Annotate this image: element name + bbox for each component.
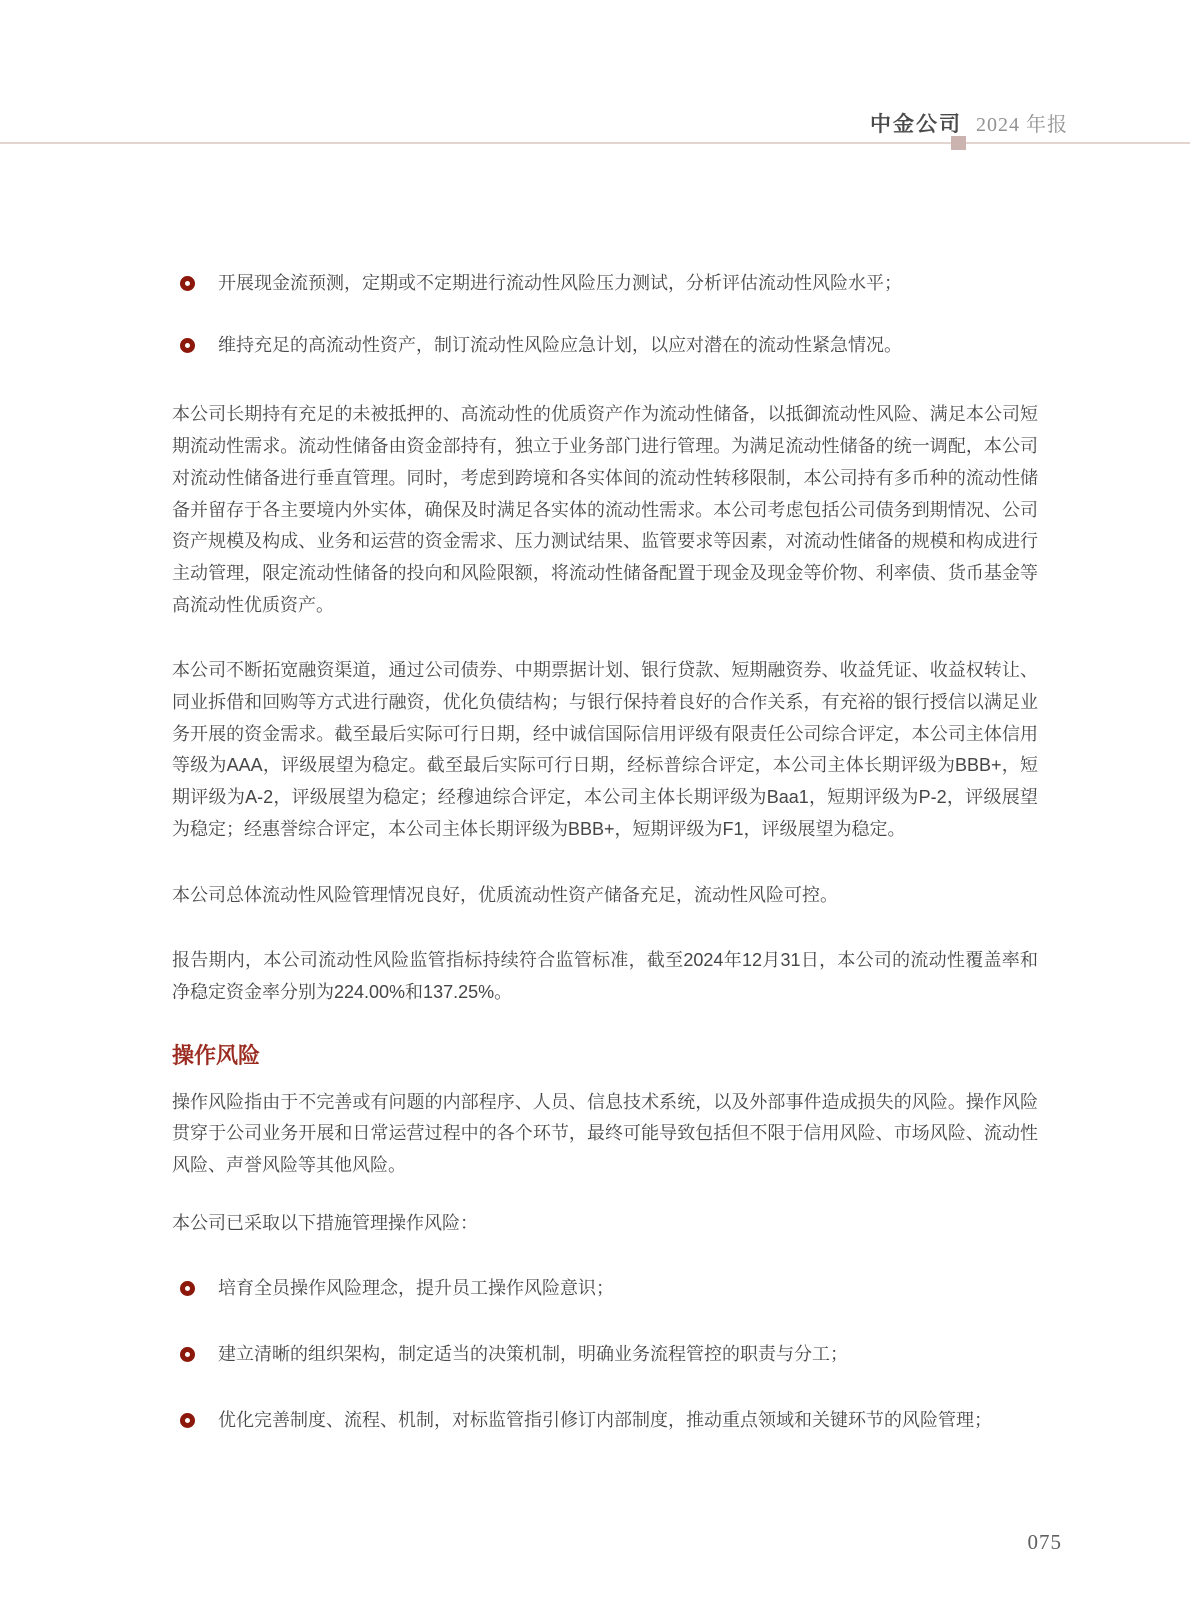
report-page: 中金公司2024 年报 开展现金流预测，定期或不定期进行流动性风险压力测试，分析…: [0, 0, 1190, 1615]
company-name: 中金公司: [870, 112, 962, 136]
bullet-ring-icon: [180, 338, 195, 353]
paragraph-financing-ratings: 本公司不断拓宽融资渠道，通过公司债券、中期票据计划、银行贷款、短期融资券、收益凭…: [172, 655, 1038, 845]
section-heading-operational-risk: 操作风险: [172, 1041, 1038, 1071]
list-item: 培育全员操作风险理念，提升员工操作风险意识；: [172, 1273, 1038, 1305]
bullet-ring-icon: [180, 276, 195, 291]
paragraph-liquidity-reserve: 本公司长期持有充足的未被抵押的、高流动性的优质资产作为流动性储备，以抵御流动性风…: [172, 399, 1038, 621]
bullet-text: 优化完善制度、流程、机制，对标监管指引修订内部制度，推动重点领域和关键环节的风险…: [218, 1405, 1038, 1437]
header-rule-square-marker: [951, 136, 966, 150]
bullet-text: 开展现金流预测，定期或不定期进行流动性风险压力测试，分析评估流动性风险水平；: [218, 268, 1038, 300]
report-edition: 2024 年报: [976, 114, 1068, 136]
bullet-text: 维持充足的高流动性资产，制订流动性风险应急计划，以应对潜在的流动性紧急情况。: [218, 330, 1038, 362]
paragraph-operational-risk-definition: 操作风险指由于不完善或有问题的内部程序、人员、信息技术系统，以及外部事件造成损失…: [172, 1087, 1038, 1182]
running-header: 中金公司2024 年报: [870, 108, 1068, 138]
header-rule-line: [0, 142, 1190, 144]
bullet-text: 培育全员操作风险理念，提升员工操作风险意识；: [218, 1273, 1038, 1305]
paragraph-liquidity-overall: 本公司总体流动性风险管理情况良好，优质流动性资产储备充足，流动性风险可控。: [172, 880, 1038, 912]
main-text-column: 开展现金流预测，定期或不定期进行流动性风险压力测试，分析评估流动性风险水平； 维…: [172, 268, 1038, 1467]
list-item: 优化完善制度、流程、机制，对标监管指引修订内部制度，推动重点领域和关键环节的风险…: [172, 1405, 1038, 1437]
paragraph-measures-lead: 本公司已采取以下措施管理操作风险：: [172, 1208, 1038, 1240]
list-item: 维持充足的高流动性资产，制订流动性风险应急计划，以应对潜在的流动性紧急情况。: [172, 330, 1038, 362]
bullet-ring-icon: [180, 1281, 195, 1296]
page-number: 075: [1028, 1530, 1063, 1555]
bullet-ring-icon: [180, 1413, 195, 1428]
bullet-text: 建立清晰的组织架构，制定适当的决策机制，明确业务流程管控的职责与分工；: [218, 1339, 1038, 1371]
bullet-ring-icon: [180, 1347, 195, 1362]
paragraph-liquidity-metrics: 报告期内，本公司流动性风险监管指标持续符合监管标准，截至2024年12月31日，…: [172, 945, 1038, 1008]
list-item: 开展现金流预测，定期或不定期进行流动性风险压力测试，分析评估流动性风险水平；: [172, 268, 1038, 300]
list-item: 建立清晰的组织架构，制定适当的决策机制，明确业务流程管控的职责与分工；: [172, 1339, 1038, 1371]
